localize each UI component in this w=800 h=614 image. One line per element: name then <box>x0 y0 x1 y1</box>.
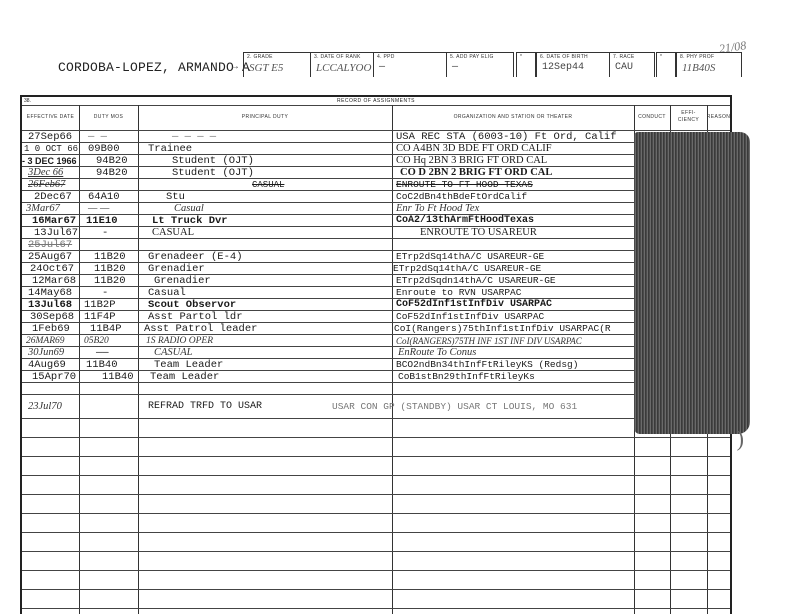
principal-duty: 1S RADIO OPER <box>146 335 213 347</box>
duty-mos: 11F4P <box>84 311 116 323</box>
column-header-principal-duty: PRINCIPAL DUTY <box>138 105 392 129</box>
organization: CoB1stBn29thInfFtRileyKs <box>398 371 535 383</box>
column-divider <box>138 105 139 614</box>
row-divider <box>22 570 730 571</box>
principal-duty: Grenadier <box>154 275 211 287</box>
field-marker: * <box>656 52 676 77</box>
principal-duty: Stu <box>166 191 185 203</box>
row-divider <box>22 334 730 335</box>
organization: ENROUTE TO USAREUR <box>420 227 537 239</box>
effective-date: 16Mar67 <box>32 215 76 227</box>
duty-mos: 09B00 <box>88 143 120 155</box>
field-value: — <box>379 62 385 73</box>
duty-mos: 64A10 <box>88 191 120 203</box>
effective-date: 30Jun69 <box>28 347 64 359</box>
field-phy-prof: 8. PHY PROF 11B40S <box>676 52 742 77</box>
duty-mos: 11B20 <box>94 263 126 275</box>
duty-mos: 11B20 <box>94 251 126 263</box>
effective-date: 25Jul67 <box>28 239 72 251</box>
row-divider <box>22 226 730 227</box>
effective-date: 13Jul68 <box>28 299 72 311</box>
effective-date: - 3 DEC 1966 <box>22 155 77 167</box>
column-header-duty-mos: DUTY MOS <box>79 105 138 129</box>
field-label: 7. RACE <box>613 54 635 60</box>
organization: USAR CON GP (STANDBY) USAR CT LOUIS, MO … <box>332 401 577 413</box>
organization: BCO2ndBn34thInfFtRileyKS (Redsg) <box>396 359 578 371</box>
principal-duty: Asst Patrol leader <box>144 323 257 335</box>
column-divider <box>392 105 393 614</box>
arrow-mark: → <box>232 62 238 73</box>
organization: Enroute to RVN USARPAC <box>396 287 521 299</box>
duty-mos: 94B20 <box>96 155 128 167</box>
organization: ENROUTE TO FT HOOD TEXAS <box>396 179 533 191</box>
principal-duty: REFRAD TRFD TO USAR <box>148 401 262 413</box>
field-value: 12Sep44 <box>542 62 584 73</box>
field-race: 7. RACE CAU <box>609 52 655 77</box>
duty-mos: 94B20 <box>96 167 128 179</box>
field-date-of-rank: 3. DATE OF RANK LCCALYOO <box>310 52 374 77</box>
effective-date: 26MAR69 <box>26 335 65 347</box>
duty-mos: —— <box>96 347 109 359</box>
principal-duty: — — — — <box>172 131 216 143</box>
column-header-organization: ORGANIZATION AND STATION OR THEATER <box>392 105 634 129</box>
effective-date: 1Feb69 <box>32 323 70 335</box>
duty-mos: 11B20 <box>94 275 126 287</box>
field-label: 5. ADD PAY ELIG <box>450 54 494 60</box>
field-label: 3. DATE OF RANK <box>314 54 361 60</box>
field-value: LCCALYOO <box>316 62 371 74</box>
effective-date: 24Oct67 <box>30 263 74 275</box>
duty-mos: 11B40 <box>102 371 134 383</box>
duty-mos: 11B2P <box>84 299 116 311</box>
duty-mos: 05B20 <box>84 335 109 347</box>
row-divider <box>22 190 730 191</box>
row-divider <box>22 178 730 179</box>
row-divider <box>22 322 730 323</box>
column-header-effective-date: EFFECTIVE DATE <box>22 105 79 129</box>
field-value: — <box>452 62 458 73</box>
principal-duty: Team Leader <box>150 371 219 383</box>
organization: CoI(Rangers)75thInf1stInfDiv USARPAC(R <box>394 323 611 335</box>
duty-mos: 11B4P <box>90 323 122 335</box>
row-divider <box>22 418 730 419</box>
row-divider <box>22 154 730 155</box>
organization: ETrp2dSq14thA/C USAREUR-GE <box>396 251 544 263</box>
duty-mos: 11E10 <box>86 215 118 227</box>
principal-duty: Casual <box>174 203 204 215</box>
duty-mos: 11B40 <box>86 359 118 371</box>
row-divider <box>22 456 730 457</box>
principal-duty: Casual <box>148 287 186 299</box>
duty-mos: — — <box>88 131 107 143</box>
organization: Enr To Ft Hood Tex <box>396 203 479 215</box>
field-ppd: 4. PPD — <box>373 52 447 77</box>
duty-mos: — — <box>88 203 109 215</box>
row-divider <box>22 142 730 143</box>
row-divider <box>22 250 730 251</box>
principal-duty: Grenadier <box>148 263 205 275</box>
effective-date: 12Mar68 <box>32 275 76 287</box>
field-label: 4. PPD <box>377 54 395 60</box>
row-divider <box>22 346 730 347</box>
principal-duty: Asst Partol ldr <box>148 311 243 323</box>
row-divider <box>22 310 730 311</box>
row-divider <box>22 262 730 263</box>
row-divider <box>22 286 730 287</box>
field-label: * <box>520 54 522 60</box>
effective-date: 30Sep68 <box>30 311 74 323</box>
effective-date: 3Dec 66 <box>28 167 63 179</box>
organization: CoC2dBn4thBdeFtOrdCalif <box>396 191 527 203</box>
row-divider <box>22 608 730 609</box>
row-divider <box>22 130 730 131</box>
organization: CoI(RANGERS)75TH INF 1ST INF DIV USARPAC <box>396 335 582 347</box>
row-divider <box>22 475 730 476</box>
principal-duty: Scout Observor <box>148 299 236 311</box>
effective-date: 2Dec67 <box>34 191 72 203</box>
effective-date: 13Jul67 <box>34 227 78 239</box>
record-of-assignments-form: 38. RECORD OF ASSIGNMENTS EFFECTIVE DATE… <box>20 95 732 614</box>
effective-date: 3Mar67 <box>26 203 60 215</box>
duty-mos: - <box>102 227 108 239</box>
principal-duty: Lt Truck Dvr <box>152 215 228 227</box>
row-divider <box>22 166 730 167</box>
principal-duty: CASUAL <box>252 179 284 191</box>
soldier-name: CORDOBA-LOPEZ, ARMANDO A <box>58 60 250 75</box>
section-title: RECORD OF ASSIGNMENTS <box>22 98 730 104</box>
organization: ETrp2dSq14thA/C USAREUR-GE <box>393 263 541 275</box>
effective-date: 4Aug69 <box>28 359 66 371</box>
row-divider <box>22 358 730 359</box>
organization: CoA2/13thArmFtHoodTexas <box>396 215 534 227</box>
principal-duty: CASUAL <box>152 227 194 239</box>
field-marker: * <box>516 52 536 77</box>
field-label: * <box>660 54 662 60</box>
field-date-of-birth: 6. DATE OF BIRTH 12Sep44 <box>536 52 610 77</box>
row-divider <box>22 214 730 215</box>
principal-duty: Trainee <box>148 143 192 155</box>
redacted-block <box>634 132 750 434</box>
effective-date: 25Aug67 <box>28 251 72 263</box>
effective-date: 15Apr70 <box>32 371 76 383</box>
field-value: SGT E5 <box>249 62 283 74</box>
field-label: 6. DATE OF BIRTH <box>540 54 588 60</box>
row-divider <box>22 298 730 299</box>
row-divider <box>22 494 730 495</box>
field-add-pay-elig: 5. ADD PAY ELIG — <box>446 52 514 77</box>
principal-duty: Team Leader <box>154 359 223 371</box>
column-header-reason: REASON <box>707 105 730 129</box>
effective-date: 27Sep66 <box>28 131 72 143</box>
organization: CO D 2BN 2 BRIG FT ORD CAL <box>400 167 552 179</box>
principal-duty: Grenadeer (E-4) <box>148 251 243 263</box>
organization: CoF52dInf1stInfDiv USARPAC <box>396 299 552 311</box>
effective-date: 14May68 <box>28 287 72 299</box>
field-value: 11B40S <box>682 62 715 74</box>
principal-duty: CASUAL <box>154 347 193 359</box>
principal-duty: Student (OJT) <box>172 155 254 167</box>
effective-date: 1 0 OCT 66 <box>24 143 78 155</box>
column-divider <box>79 105 80 614</box>
pencil-mark: ) <box>737 426 744 452</box>
principal-duty: Student (OJT) <box>172 167 254 179</box>
organization: ETrp2dSqdn14thA/C USAREUR-GE <box>396 275 556 287</box>
row-divider <box>22 238 730 239</box>
effective-date: 23Jul70 <box>28 401 62 413</box>
row-divider <box>22 274 730 275</box>
field-label: 8. PHY PROF <box>680 54 714 60</box>
row-divider <box>22 532 730 533</box>
row-divider <box>22 513 730 514</box>
row-divider <box>22 437 730 438</box>
field-grade: 2. GRADE SGT E5 <box>243 52 311 77</box>
column-header-conduct: CONDUCT <box>634 105 670 129</box>
duty-mos: - <box>102 287 108 299</box>
row-divider <box>22 202 730 203</box>
column-header-efficiency: EFFI- CIENCY <box>670 105 707 129</box>
organization: USA REC STA (6003-10) Ft Ord, Calif <box>396 131 617 143</box>
field-value: CAU <box>615 62 633 73</box>
organization: CO Hq 2BN 3 BRIG FT ORD CAL <box>396 155 547 167</box>
row-divider <box>22 551 730 552</box>
effective-date: 26Feb67 <box>28 179 65 191</box>
organization: EnRoute To Conus <box>398 347 476 359</box>
organization: CO A4BN 3D BDE FT ORD CALIF <box>396 143 552 155</box>
organization: CoF52dInf1stInfDiv USARPAC <box>396 311 544 323</box>
field-label: 2. GRADE <box>247 54 273 60</box>
row-divider <box>22 394 730 395</box>
row-divider <box>22 589 730 590</box>
